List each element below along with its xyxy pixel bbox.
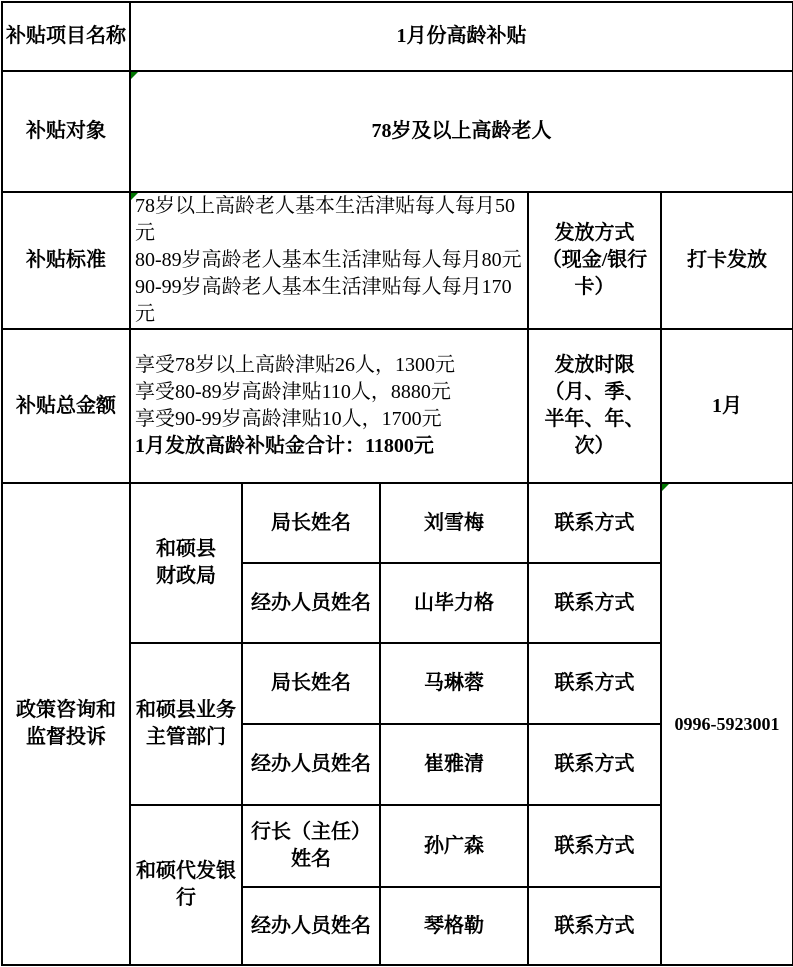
org-name-bank: 和硕代发银 行 — [130, 805, 242, 965]
contact-phone: 0996-5923001 — [661, 483, 793, 965]
person-cell: 琴格勒 — [380, 887, 528, 965]
role-cell: 经办人员姓名 — [242, 887, 380, 965]
role-cell: 经办人员姓名 — [242, 563, 380, 643]
role-cell: 行长（主任） 姓名 — [242, 805, 380, 887]
consult-label: 政策咨询和 监督投诉 — [2, 483, 130, 965]
contact-cell: 联系方式 — [528, 483, 661, 563]
total-sum-line: 1月发放高龄补贴金合计：11800元 — [135, 433, 524, 460]
standard-line: 80-89岁高龄老人基本生活津贴每人每月80元 — [135, 247, 524, 274]
person-cell: 刘雪梅 — [380, 483, 528, 563]
standard-label: 补贴标准 — [2, 192, 130, 329]
payment-method-value: 打卡发放 — [661, 192, 793, 329]
project-name-label: 补贴项目名称 — [2, 2, 130, 71]
contact-cell: 联系方式 — [528, 643, 661, 724]
cell-comment-marker-icon — [131, 72, 138, 79]
payment-period-value: 1月 — [661, 329, 793, 483]
row-total-amount: 补贴总金额 享受78岁以上高龄津贴26人，1300元 享受80-89岁高龄津贴1… — [2, 329, 793, 483]
target-value: 78岁及以上高龄老人 — [130, 71, 793, 192]
payment-method-label: 发放方式 （现金/银行 卡） — [528, 192, 661, 329]
row-project-name: 补贴项目名称 1月份高龄补贴 — [2, 2, 793, 71]
project-name-value: 1月份高龄补贴 — [130, 2, 793, 71]
subsidy-info-table: 补贴项目名称 1月份高龄补贴 补贴对象 78岁及以上高龄老人 补贴标准 78岁以… — [1, 1, 793, 966]
standard-value: 78岁以上高龄老人基本生活津贴每人每月50元 80-89岁高龄老人基本生活津贴每… — [130, 192, 528, 329]
row-standard: 补贴标准 78岁以上高龄老人基本生活津贴每人每月50元 80-89岁高龄老人基本… — [2, 192, 793, 329]
target-label: 补贴对象 — [2, 71, 130, 192]
org-name-finance: 和硕县 财政局 — [130, 483, 242, 643]
role-cell: 局长姓名 — [242, 643, 380, 724]
target-value-text: 78岁及以上高龄老人 — [133, 118, 790, 145]
phone-number: 0996-5923001 — [662, 711, 792, 738]
total-line: 享受90-99岁高龄津贴10人，1700元 — [135, 406, 524, 433]
person-cell: 马琳蓉 — [380, 643, 528, 724]
contact-cell: 联系方式 — [528, 805, 661, 887]
total-amount-value: 享受78岁以上高龄津贴26人，1300元 享受80-89岁高龄津贴110人，88… — [130, 329, 528, 483]
role-cell: 经办人员姓名 — [242, 724, 380, 805]
row-target: 补贴对象 78岁及以上高龄老人 — [2, 71, 793, 192]
contact-cell: 联系方式 — [528, 724, 661, 805]
person-cell: 山毕力格 — [380, 563, 528, 643]
total-line: 享受80-89岁高龄津贴110人，8880元 — [135, 379, 524, 406]
cell-comment-marker-icon — [131, 193, 138, 200]
org-name-bureau: 和硕县业务 主管部门 — [130, 643, 242, 805]
cell-comment-marker-icon — [662, 484, 669, 491]
person-cell: 孙广森 — [380, 805, 528, 887]
total-line: 享受78岁以上高龄津贴26人，1300元 — [135, 352, 524, 379]
row-finance-director: 政策咨询和 监督投诉 和硕县 财政局 局长姓名 刘雪梅 联系方式 0996-59… — [2, 483, 793, 563]
contact-cell: 联系方式 — [528, 887, 661, 965]
person-cell: 崔雅清 — [380, 724, 528, 805]
standard-line: 90-99岁高龄老人基本生活津贴每人每月170元 — [135, 274, 524, 328]
role-cell: 局长姓名 — [242, 483, 380, 563]
total-amount-label: 补贴总金额 — [2, 329, 130, 483]
payment-period-label: 发放时限 （月、季、 半年、年、 次） — [528, 329, 661, 483]
standard-line: 78岁以上高龄老人基本生活津贴每人每月50元 — [135, 193, 524, 247]
contact-cell: 联系方式 — [528, 563, 661, 643]
